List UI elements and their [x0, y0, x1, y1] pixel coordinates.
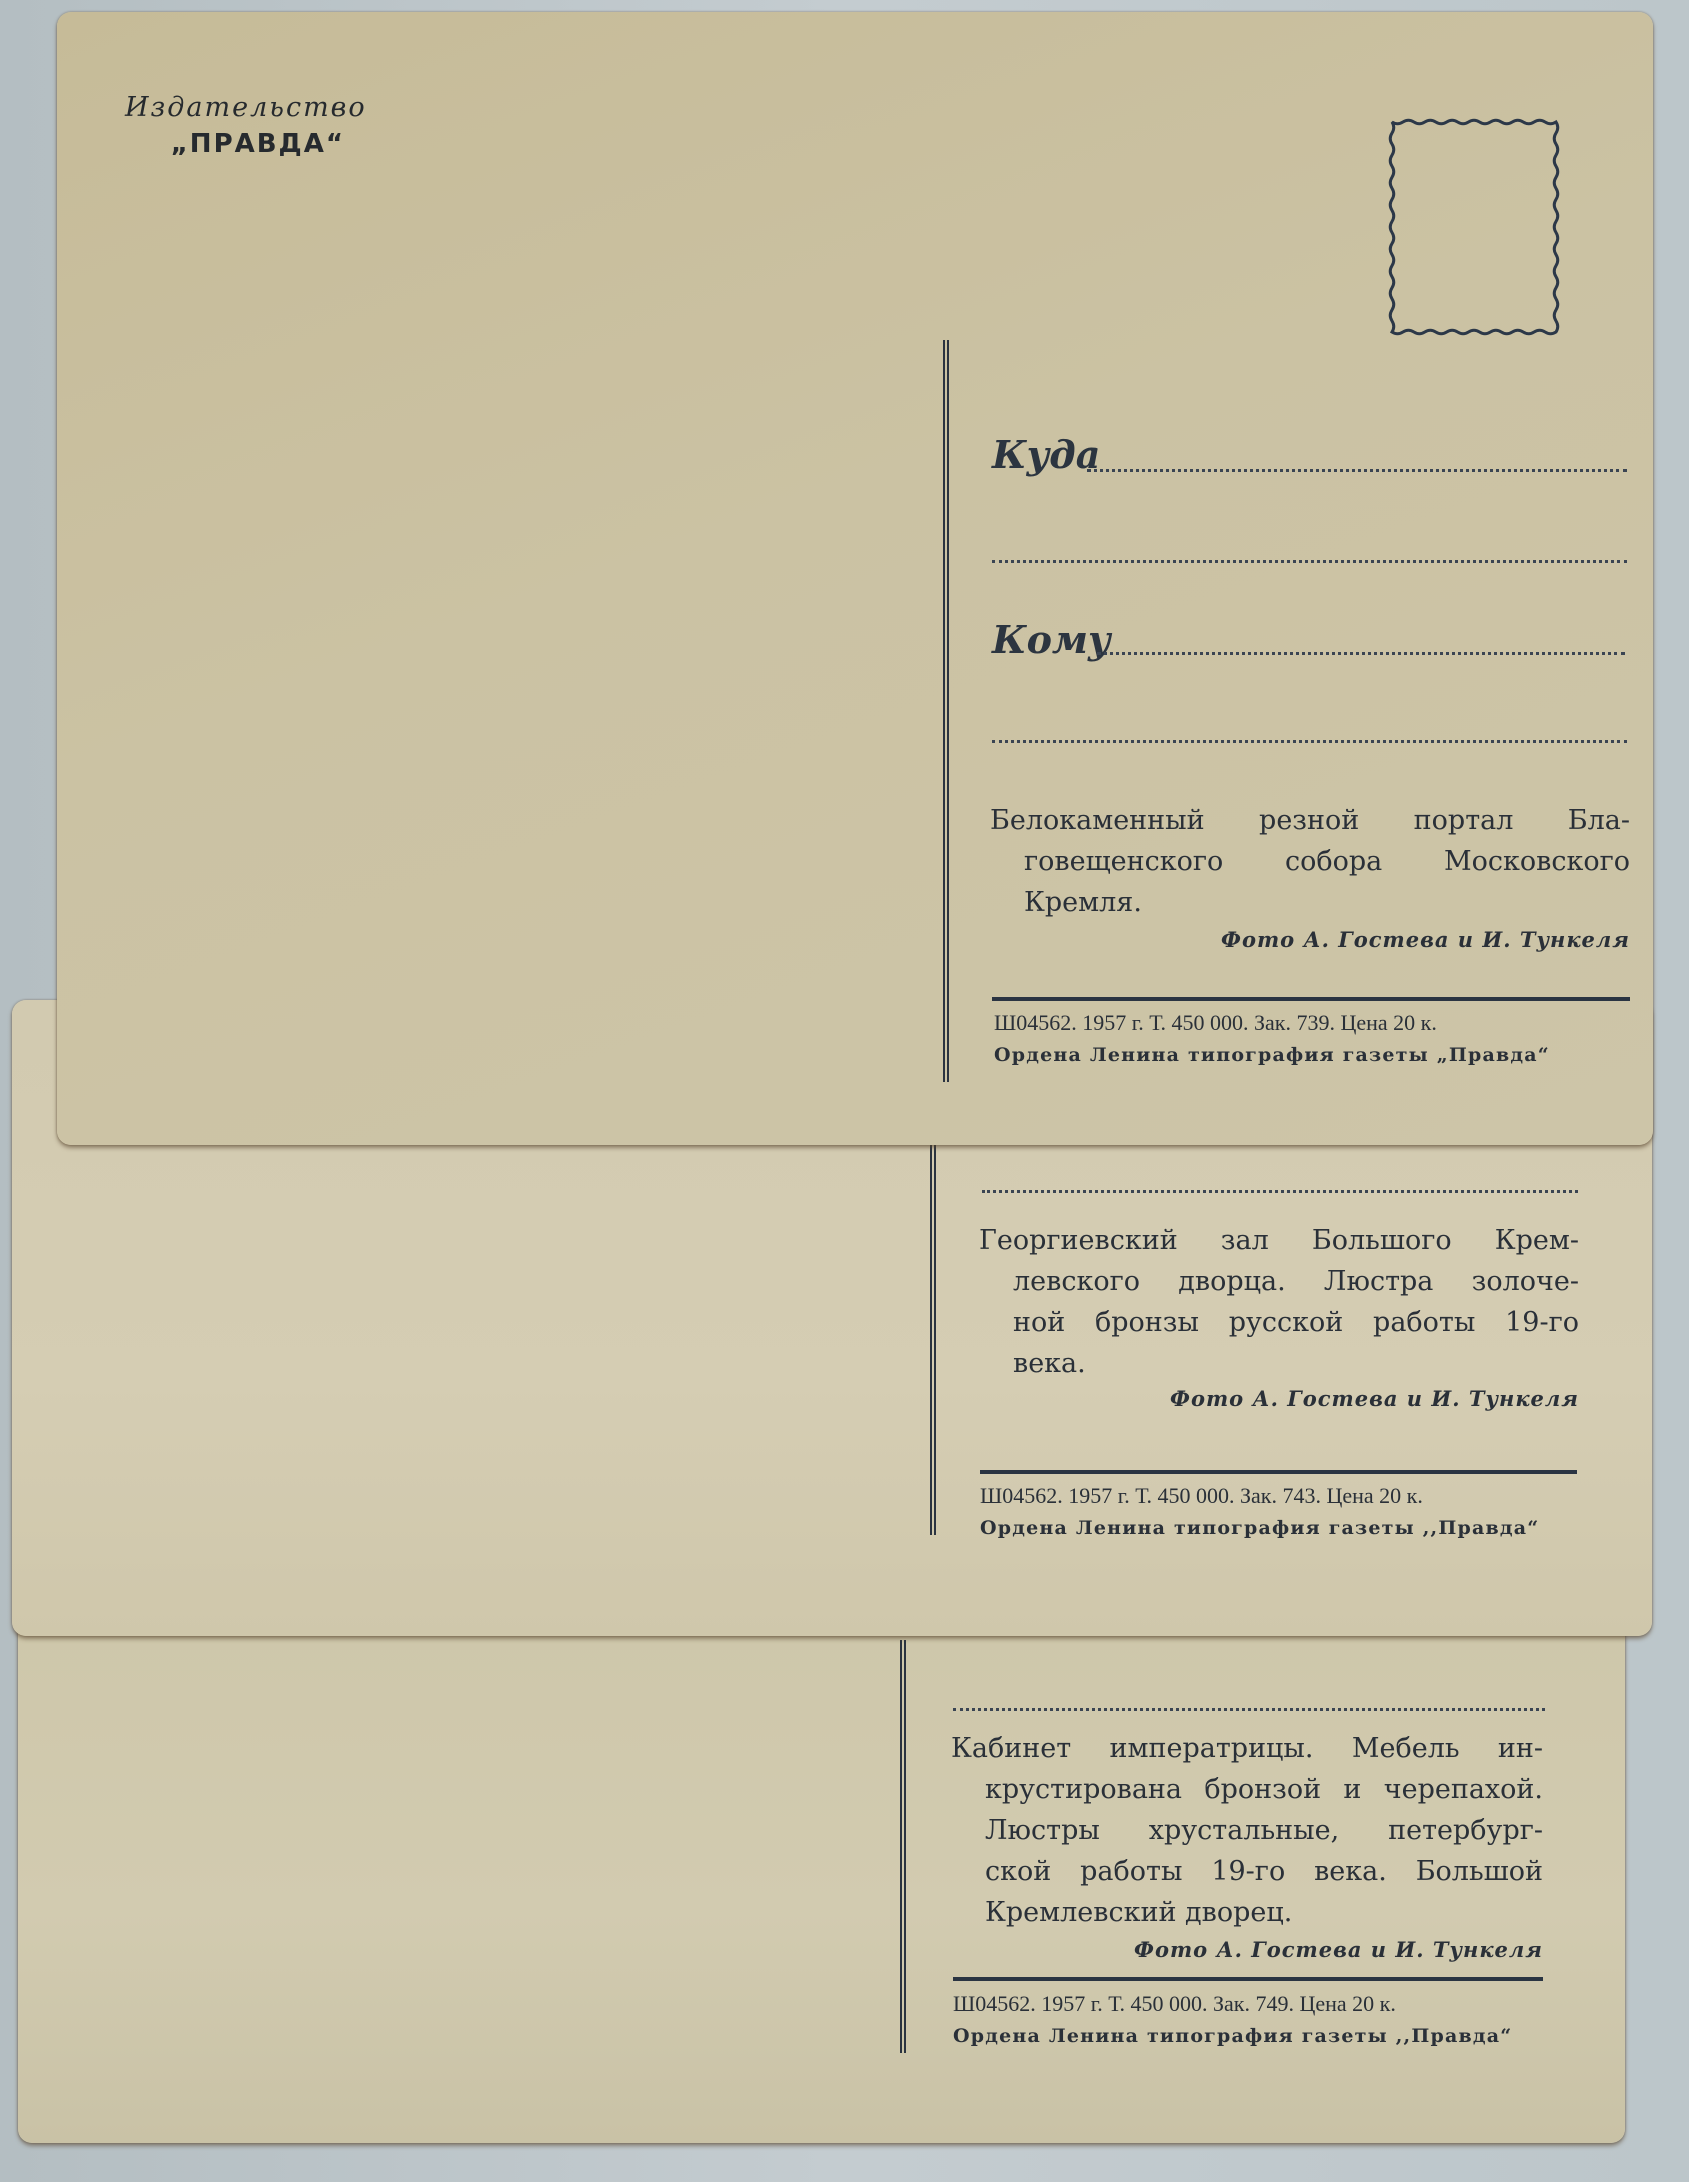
caption: Георгиевский зал Большого Крем- левского… [979, 1220, 1579, 1416]
address-line[interactable] [992, 740, 1627, 743]
address-line [982, 1190, 1578, 1193]
address-line-whom[interactable] [1097, 652, 1625, 655]
caption: Кабинет императрицы. Мебель ин- крустиро… [951, 1728, 1543, 1967]
print-details: Ш04562. 1957 г. Т. 450 000. Зак. 743. Це… [980, 1480, 1539, 1512]
vertical-divider [943, 340, 949, 1082]
address-line [953, 1708, 1545, 1711]
caption: Белокаменный резной портал Бла- говещенс… [990, 800, 1630, 957]
photo-credit: Фото А. Гостева и И. Тункеля [951, 1933, 1543, 1967]
photo-credit: Фото А. Гостева и И. Тункеля [990, 923, 1630, 957]
imprint: Ш04562. 1957 г. Т. 450 000. Зак. 749. Це… [953, 1988, 1512, 2052]
publisher-name: „ПРАВДА“ [149, 129, 367, 159]
photo-credit: Фото А. Гостева и И. Тункеля [979, 1382, 1579, 1416]
print-details: Ш04562. 1957 г. Т. 450 000. Зак. 749. Це… [953, 1988, 1512, 2020]
caption-line: Кремлевский дворец. [951, 1892, 1543, 1933]
imprint-rule [992, 997, 1630, 1001]
caption-line: левского дворца. Люстра золоче- [979, 1261, 1579, 1302]
caption-line: Люстры хрустальные, петербург- [951, 1810, 1543, 1851]
caption-line: Кабинет императрицы. Мебель ин- [951, 1728, 1543, 1769]
address-whom-label: Кому [992, 617, 1111, 662]
caption-line: века. [979, 1343, 1579, 1384]
caption-line: Георгиевский зал Большого Крем- [979, 1220, 1579, 1261]
vertical-divider [900, 1640, 906, 2053]
stamp-placeholder-icon [1380, 110, 1568, 344]
publisher-mark: Издательство „ПРАВДА“ [125, 92, 367, 159]
vertical-divider [930, 1140, 936, 1535]
printer-name: Ордена Ленина типография газеты ,,Правда… [953, 2020, 1512, 2052]
caption-line: ной бронзы русской работы 19-го [979, 1302, 1579, 1343]
caption-line: ской работы 19-го века. Большой [951, 1851, 1543, 1892]
caption-line: крустирована бронзой и черепахой. [951, 1769, 1543, 1810]
address-line-where[interactable] [1087, 469, 1627, 472]
caption-line: Кремля. [990, 882, 1630, 923]
address-line[interactable] [992, 560, 1627, 563]
printer-name: Ордена Ленина типография газеты „Правда“ [994, 1039, 1550, 1071]
caption-line: Белокаменный резной портал Бла- [990, 800, 1630, 841]
publisher-label: Издательство [125, 92, 367, 123]
postcard-1: Издательство „ПРАВДА“ Куда Кому Белокаме… [57, 12, 1653, 1145]
print-details: Ш04562. 1957 г. Т. 450 000. Зак. 739. Це… [994, 1007, 1550, 1039]
caption-line: говещенского собора Московского [990, 841, 1630, 882]
imprint-rule [953, 1977, 1543, 1981]
address-where-label: Куда [992, 432, 1100, 477]
printer-name: Ордена Ленина типография газеты ,,Правда… [980, 1512, 1539, 1544]
imprint: Ш04562. 1957 г. Т. 450 000. Зак. 743. Це… [980, 1480, 1539, 1544]
imprint-rule [980, 1470, 1577, 1474]
postcard-3: Кабинет императрицы. Мебель ин- крустиро… [18, 1560, 1625, 2143]
imprint: Ш04562. 1957 г. Т. 450 000. Зак. 739. Це… [994, 1007, 1550, 1071]
